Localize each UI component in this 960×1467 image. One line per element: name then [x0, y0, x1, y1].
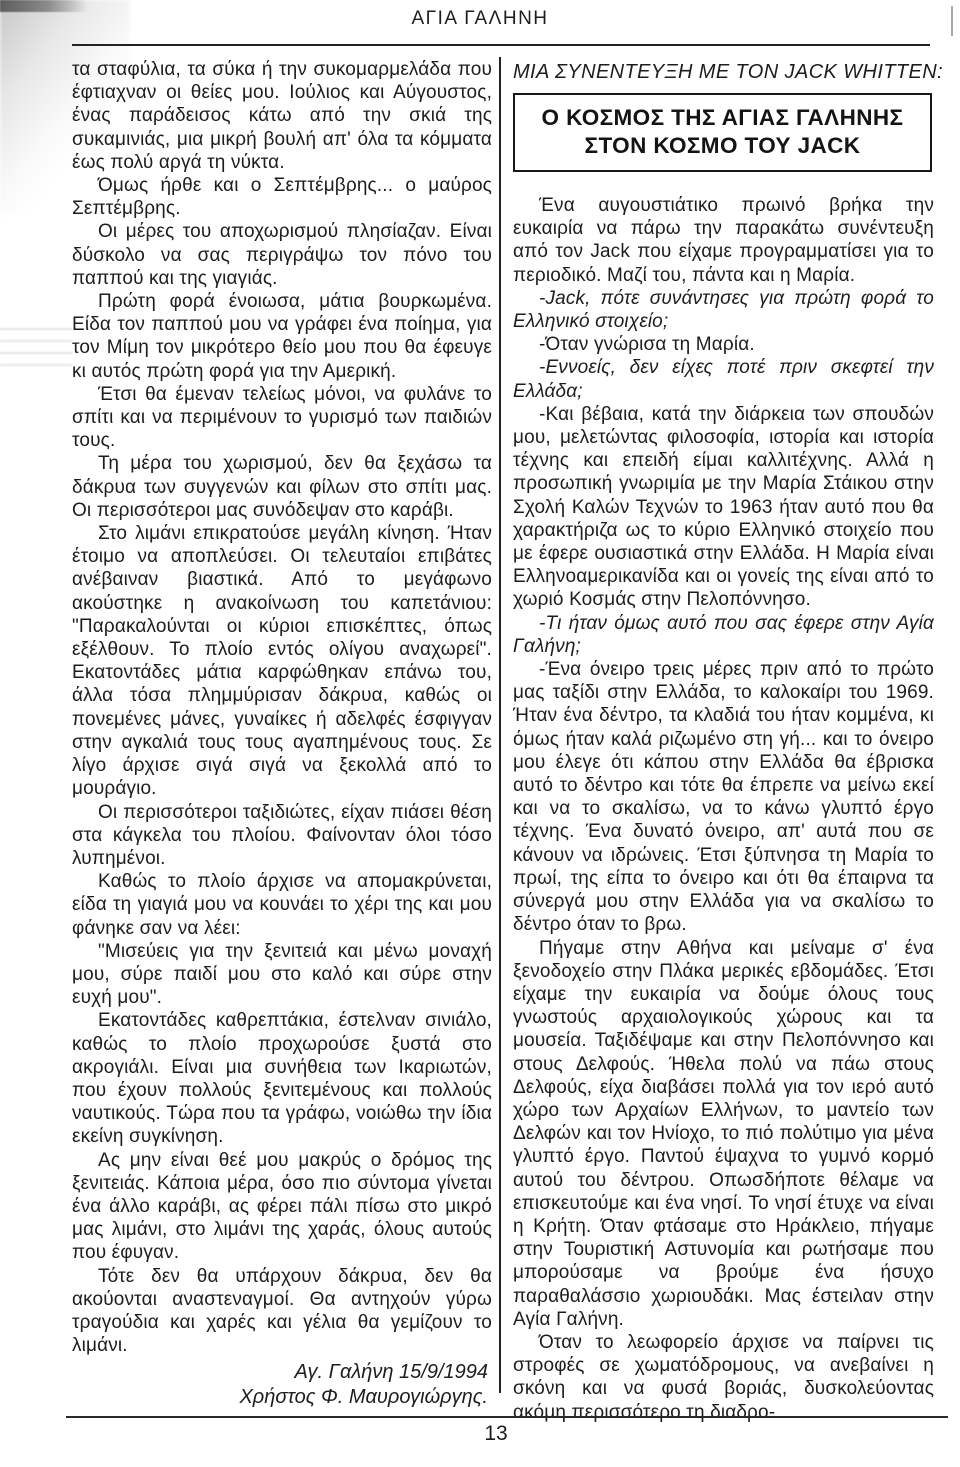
article-title-box: Ο ΚΟΣΜΟΣ ΤΗΣ ΑΓΙΑΣ ΓΑΛΗΝΗΣ ΣΤΟΝ ΚΟΣΜΟ ΤΟ… — [513, 93, 932, 172]
magazine-page: ΑΓΙΑ ΓΑΛΗΝΗ τα σταφύλια, τα σύκα ή την σ… — [0, 0, 960, 1467]
signature-block: Αγ. Γαλήνη 15/9/1994 Χρήστος Φ. Μαυρογιώ… — [72, 1360, 492, 1410]
footer-rule — [66, 1416, 948, 1418]
right-column: ΜΙΑ ΣΥΝΕΝΤΕΥΞΗ ΜΕ ΤΟΝ JACK WHITTEN: Ο ΚΟ… — [513, 60, 934, 1424]
paragraph: Τη μέρα του χωρισμού, δεν θα ξεχάσω τα δ… — [72, 452, 492, 522]
paragraph: Τότε δεν θα υπάρχουν δάκρυα, δεν θα ακού… — [72, 1265, 492, 1358]
paragraph: τα σταφύλια, τα σύκα ή την συκομαρμελάδα… — [72, 58, 492, 174]
article-title-line-1: Ο ΚΟΣΜΟΣ ΤΗΣ ΑΓΙΑΣ ΓΑΛΗΝΗΣ — [519, 104, 926, 132]
paragraph: Όμως ήρθε και ο Σεπτέμβρης... ο μαύρος Σ… — [72, 174, 492, 220]
article-title-line-2: ΣΤΟΝ ΚΟΣΜΟ ΤΟΥ JACK — [519, 132, 926, 160]
paragraph: Πρώτη φορά ένοιωσα, μάτια βουρκωμένα. Εί… — [72, 290, 492, 383]
paragraph: Πήγαμε στην Αθήνα και μείναμε σ' ένα ξεν… — [513, 937, 934, 1331]
paragraph: Ας μην είναι θεέ μου μακρύς ο δρόμος της… — [72, 1149, 492, 1265]
paragraph: -Εννοείς, δεν είχες ποτέ πριν σκεφτεί τη… — [513, 356, 934, 402]
paragraph: Ένα αυγουστιάτικο πρωινό βρήκα την ευκαι… — [513, 194, 934, 287]
paragraph: Οι περισσότεροι ταξιδιώτες, είχαν πιάσει… — [72, 801, 492, 871]
paragraph: Στο λιμάνι επικρατούσε μεγάλη κίνηση. Ήτ… — [72, 522, 492, 800]
paragraph: Οι μέρες του αποχωρισμού πλησίαζαν. Είνα… — [72, 220, 492, 290]
paragraph: Καθώς το πλοίο άρχισε να απομακρύνεται, … — [72, 870, 492, 940]
paragraph: "Μισεύεις για την ξενιτειά και μένω μονα… — [72, 940, 492, 1010]
header-rule — [72, 44, 930, 46]
paragraph: Έτσι θα έμεναν τελείως μόνοι, να φυλάνε … — [72, 383, 492, 453]
paragraph: Εκατοντάδες καθρεπτάκια, έστελναν σινιάλ… — [72, 1009, 492, 1148]
paragraph: Όταν το λεωφορείο άρχισε να παίρνει τις … — [513, 1331, 934, 1424]
page-number: 13 — [476, 1422, 516, 1446]
column-divider — [499, 57, 501, 1393]
interview-kicker: ΜΙΑ ΣΥΝΕΝΤΕΥΞΗ ΜΕ ΤΟΝ JACK WHITTEN: — [513, 60, 934, 84]
page-header-title: ΑΓΙΑ ΓΑΛΗΝΗ — [0, 8, 960, 30]
paragraph: -Ένα όνειρο τρεις μέρες πριν από το πρώτ… — [513, 658, 934, 936]
paragraph: -Τι ήταν όμως αυτό που σας έφερε στην Αγ… — [513, 612, 934, 658]
scan-artifact — [0, 328, 72, 370]
paragraph: -Όταν γνώρισα τη Μαρία. — [513, 333, 934, 356]
paragraph: -Jack, πότε συνάντησες για πρώτη φορά το… — [513, 287, 934, 333]
right-column-paragraphs: Ένα αυγουστιάτικο πρωινό βρήκα την ευκαι… — [513, 194, 934, 1424]
signature-author: Χρήστος Φ. Μαυρογιώργης. — [72, 1385, 488, 1410]
signature-place-date: Αγ. Γαλήνη 15/9/1994 — [72, 1360, 488, 1385]
left-column-paragraphs: τα σταφύλια, τα σύκα ή την συκομαρμελάδα… — [72, 58, 492, 1357]
paragraph: -Και βέβαια, κατά την διάρκεια των σπουδ… — [513, 403, 934, 612]
left-column: τα σταφύλια, τα σύκα ή την συκομαρμελάδα… — [72, 58, 492, 1410]
